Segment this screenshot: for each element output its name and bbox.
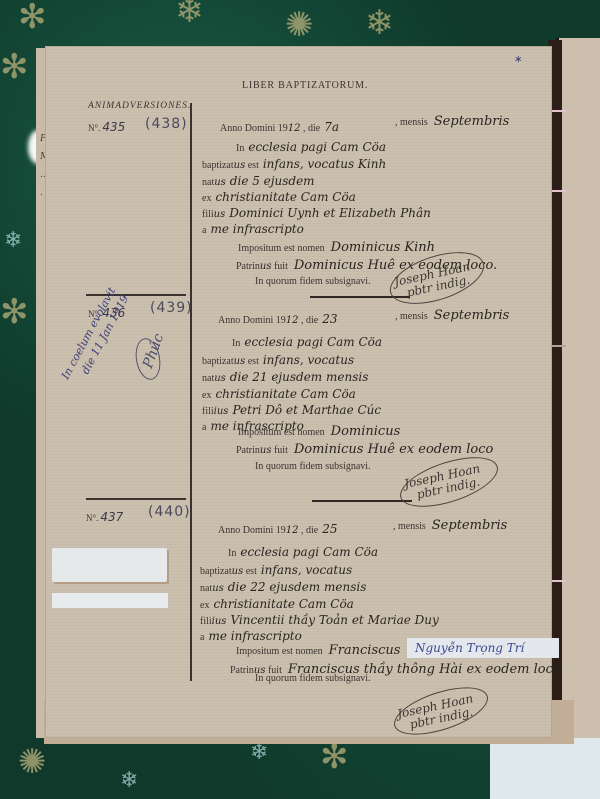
- infant-value: infans, vocatus: [261, 563, 352, 577]
- ex-label: ex: [200, 600, 209, 611]
- infant-line: baptizatus estinfans, vocatus: [200, 563, 352, 577]
- year-value: 12: [288, 123, 301, 134]
- infant-line: baptizatus estinfans, vocatus Kinh: [202, 157, 386, 171]
- snowflake-decoration: ❄: [175, 0, 204, 28]
- born-value: die 21 ejusdem mensis: [230, 370, 369, 384]
- parents-line: filiiusPetri Dô et Marthae Cúc: [202, 403, 381, 417]
- parents-value: Petri Dô et Marthae Cúc: [232, 403, 381, 417]
- church-line: Inecclesia pagi Cam Cöa: [236, 140, 386, 154]
- ex-label: ex: [202, 193, 211, 204]
- given-name-value: Franciscus: [329, 643, 401, 658]
- snowflake-decoration: ❄: [250, 742, 268, 764]
- alt-record-number: (438): [145, 116, 188, 132]
- quorum-line: In quorum fidem subsignavi.: [255, 276, 371, 287]
- anno-label: Anno Domini 19: [218, 525, 286, 536]
- mensis-label: , mensis: [395, 311, 428, 322]
- page-title: LIBER BAPTIZATORUM.: [242, 80, 368, 91]
- in-label: In: [236, 143, 244, 154]
- baptizat-label: baptizat: [200, 566, 232, 577]
- day-value: 25: [322, 522, 337, 536]
- month-value: Septembris: [434, 114, 510, 129]
- impositum-label: Impositum est nomen: [238, 243, 325, 254]
- christianity-value: christianitate Cam Cöa: [213, 597, 353, 611]
- die-label: , die: [301, 525, 318, 536]
- parents-line: filiiusVincentii thầy Toản et Mariae Duy: [200, 613, 439, 627]
- suffix: us: [214, 373, 226, 384]
- est-label: est: [248, 160, 259, 171]
- by-value: me infrascripto: [210, 222, 303, 236]
- suffix: us: [232, 566, 244, 577]
- alt-record-number: (439): [150, 300, 193, 316]
- patrin-label: Patrin: [236, 261, 260, 272]
- alt-record-number: (440): [148, 504, 191, 520]
- fili-label: fili: [202, 209, 214, 220]
- by-value: me infrascripto: [208, 629, 301, 643]
- est-label: est: [246, 566, 257, 577]
- month-line: , mensisSeptembris: [395, 114, 509, 129]
- record-number: N°.435: [88, 120, 125, 134]
- patrin-label: Patrin: [236, 445, 260, 456]
- born-line: natusdie 5 ejusdem: [202, 174, 315, 188]
- christianity-value: christianitate Cam Cöa: [215, 387, 355, 401]
- mensis-label: , mensis: [395, 117, 428, 128]
- redaction-patch: [52, 593, 168, 608]
- fuit-label: fuit: [274, 445, 288, 456]
- name-line: Impositum est nomenFranciscus: [236, 643, 400, 658]
- christianity-line: exchristianitate Cam Cöa: [200, 597, 354, 611]
- date-line: Anno Domini 1912 , die25: [218, 522, 338, 536]
- nat-label: nat: [202, 373, 214, 384]
- snowflake-decoration: ✺: [285, 8, 314, 42]
- die-label: , die: [301, 315, 318, 326]
- day-value: 7a: [324, 120, 339, 134]
- church-value: ecclesia pagi Cam Cöa: [244, 335, 382, 349]
- snowflake-decoration: ❄: [120, 770, 138, 792]
- month-value: Septembris: [434, 308, 510, 323]
- baptizat-label: baptizat: [202, 160, 234, 171]
- snowflake-decoration: ❄: [4, 230, 22, 252]
- christianity-line: exchristianitate Cam Cöa: [202, 190, 356, 204]
- year-value: 12: [286, 315, 299, 326]
- infant-value: infans, vocatus Kinh: [263, 157, 386, 171]
- date-line: Anno Domini 1912 , die23: [218, 312, 338, 326]
- column-divider: [190, 103, 192, 681]
- parents-value: Dominici Uynh et Elizabeth Phân: [229, 206, 431, 220]
- quorum-line: In quorum fidem subsignavi.: [255, 461, 371, 472]
- by-line: ame infrascripto: [200, 629, 302, 643]
- patrin-label: Patrin: [230, 665, 254, 676]
- month-line: , mensisSeptembris: [395, 308, 509, 323]
- nat-label: nat: [200, 583, 212, 594]
- name-line: Impositum est nomenDominicus: [238, 424, 400, 439]
- anno-label: Anno Domini 19: [220, 123, 288, 134]
- anno-label: Anno Domini 19: [218, 315, 286, 326]
- given-name-value: Dominicus: [331, 424, 401, 439]
- month-value: Septembris: [432, 518, 508, 533]
- fili-label: fili: [200, 616, 212, 627]
- parents-value: Vincentii thầy Toản et Mariae Duy: [230, 613, 438, 627]
- snowflake-decoration: ✻: [320, 740, 349, 774]
- impositum-label: Impositum est nomen: [236, 646, 323, 657]
- by-line: ame infrascripto: [202, 222, 304, 236]
- suffix: us: [214, 209, 226, 220]
- a-label: a: [202, 422, 206, 433]
- ex-label: ex: [202, 390, 211, 401]
- fili-label: fili: [202, 406, 214, 417]
- suffix: us: [234, 160, 246, 171]
- die-label: , die: [303, 123, 320, 134]
- record-number-value: 437: [100, 510, 123, 524]
- snowflake-decoration: ✻: [0, 295, 29, 329]
- record-number-value: 435: [102, 120, 125, 134]
- born-value: die 22 ejusdem mensis: [228, 580, 367, 594]
- next-page-edge: [556, 38, 600, 738]
- born-value: die 5 ejusdem: [230, 174, 315, 188]
- vietnamese-name: Nguyễn Trọng Trí: [415, 641, 524, 655]
- asterisk-mark: *: [515, 55, 522, 70]
- suffix: us: [234, 356, 246, 367]
- suffix: us: [212, 583, 224, 594]
- infant-value: infans, vocatus: [263, 353, 354, 367]
- record-number: N°.437: [86, 510, 123, 524]
- impositum-label: Impositum est nomen: [238, 427, 325, 438]
- day-value: 23: [322, 312, 337, 326]
- snowflake-decoration: ✻: [0, 50, 29, 84]
- godparent-value: Dominicus Huê ex eodem loco: [294, 442, 494, 457]
- in-label: In: [228, 548, 236, 559]
- parents-line: filiusDominici Uynh et Elizabeth Phân: [202, 206, 431, 220]
- church-value: ecclesia pagi Cam Cöa: [240, 545, 378, 559]
- godparent-line: Patrinus fuitDominicus Huê ex eodem loco: [236, 442, 493, 457]
- christianity-line: exchristianitate Cam Cöa: [202, 387, 356, 401]
- number-label: N°.: [88, 123, 100, 133]
- mensis-label: , mensis: [393, 521, 426, 532]
- month-line: , mensisSeptembris: [393, 518, 507, 533]
- year-value: 12: [286, 525, 299, 536]
- a-label: a: [200, 632, 204, 643]
- redaction-patch: [52, 548, 167, 582]
- name-label-overlay: Nguyễn Trọng Trí: [407, 638, 559, 658]
- suffix: us: [260, 445, 272, 456]
- signature-line: [312, 500, 412, 502]
- baptizat-label: baptizat: [202, 356, 234, 367]
- suffix: us: [214, 177, 226, 188]
- est-label: est: [248, 356, 259, 367]
- born-line: natusdie 21 ejusdem mensis: [202, 370, 368, 384]
- number-label: N°.: [86, 513, 98, 523]
- snowflake-decoration: ✻: [18, 0, 47, 34]
- born-line: natusdie 22 ejusdem mensis: [200, 580, 366, 594]
- church-value: ecclesia pagi Cam Cöa: [248, 140, 386, 154]
- church-line: Inecclesia pagi Cam Cöa: [232, 335, 382, 349]
- christianity-value: christianitate Cam Cöa: [215, 190, 355, 204]
- snowflake-decoration: ✺: [18, 745, 47, 779]
- quorum-line: In quorum fidem subsignavi.: [255, 673, 371, 684]
- given-name-value: Dominicus Kinh: [331, 240, 435, 255]
- church-line: Inecclesia pagi Cam Cöa: [228, 545, 378, 559]
- a-label: a: [202, 225, 206, 236]
- margin-header: ANIMADVERSIONES.: [88, 101, 191, 111]
- fuit-label: fuit: [274, 261, 288, 272]
- suffix: ius: [214, 406, 229, 417]
- in-label: In: [232, 338, 240, 349]
- nat-label: nat: [202, 177, 214, 188]
- record-separator: [86, 498, 186, 500]
- infant-line: baptizatus estinfans, vocatus: [202, 353, 354, 367]
- suffix: us: [260, 261, 272, 272]
- date-line: Anno Domini 1912 , die7a: [220, 120, 339, 134]
- name-line: Impositum est nomenDominicus Kinh: [238, 240, 435, 255]
- suffix: ius: [212, 616, 227, 627]
- snowflake-decoration: ❄: [365, 6, 394, 40]
